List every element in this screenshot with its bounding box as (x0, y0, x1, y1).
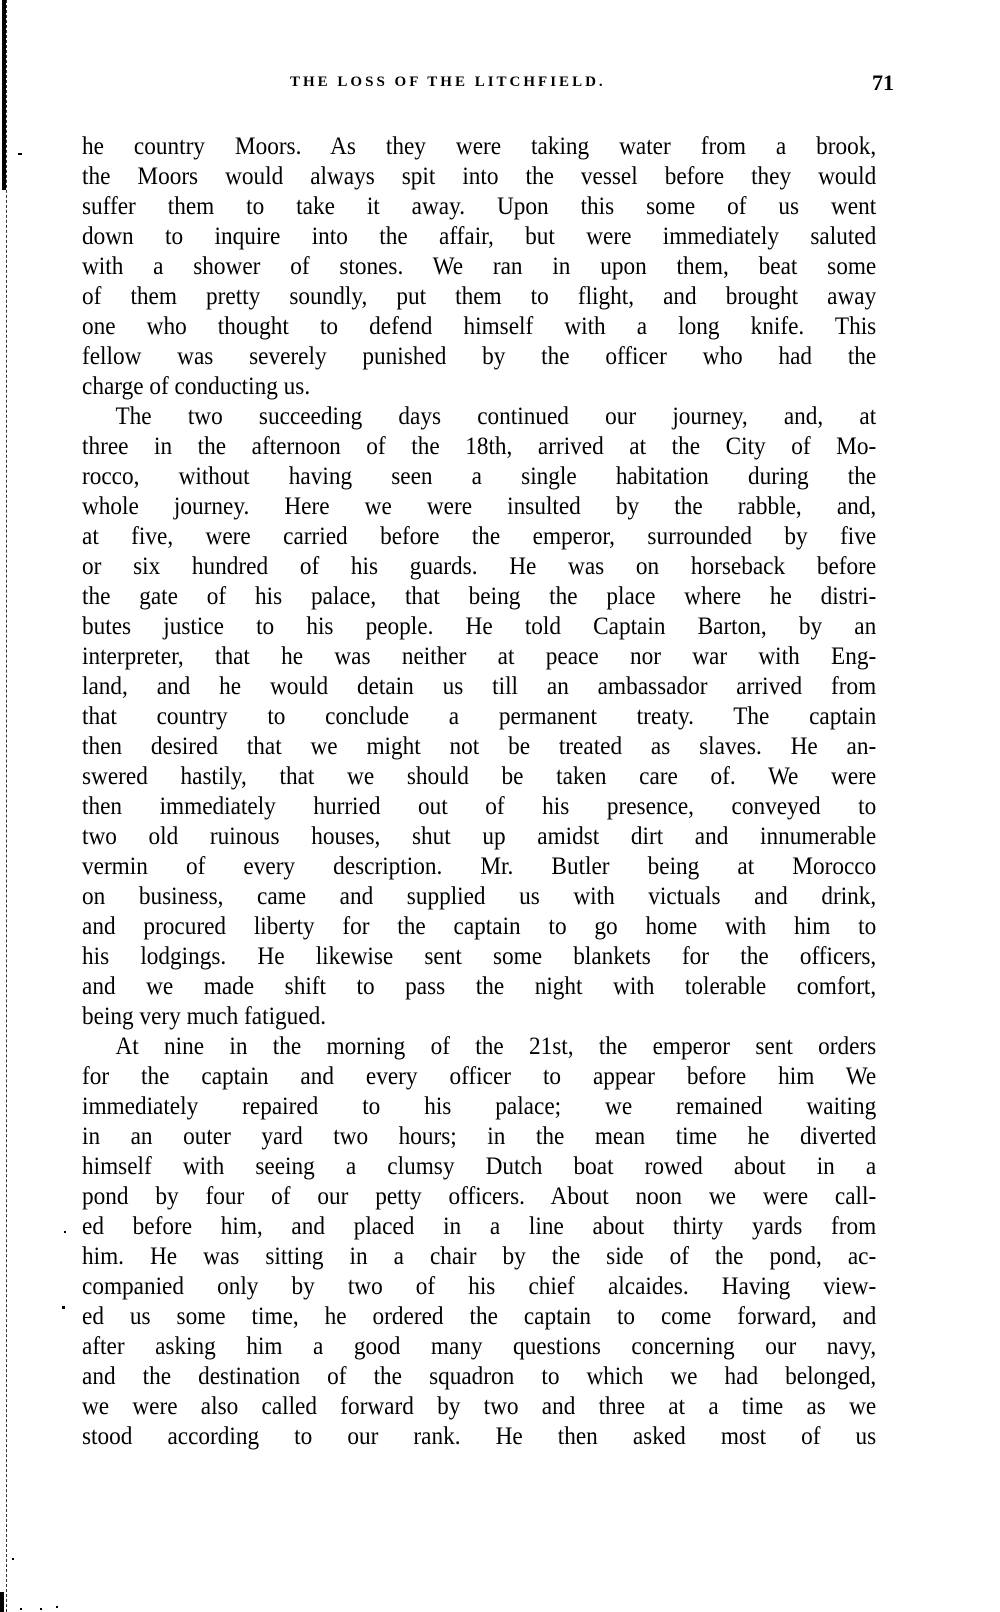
text-line: down to inquire into the affair, but wer… (82, 222, 876, 252)
text-line: butes justice to his people. He told Cap… (82, 612, 876, 642)
text-line: that country to conclude a permanent tre… (82, 702, 876, 732)
text-line: he country Moors. As they were taking wa… (82, 132, 876, 162)
text-line: vermin of every description. Mr. Butler … (82, 852, 876, 882)
text-line: three in the afternoon of the 18th, arri… (82, 432, 876, 462)
text-line: ed us some time, he ordered the captain … (82, 1302, 876, 1332)
text-line: we were also called forward by two and t… (82, 1392, 876, 1422)
text-line: stood according to our rank. He then ask… (82, 1422, 876, 1452)
text-line: being very much fatigued. (82, 1002, 876, 1032)
text-line: and we made shift to pass the night with… (82, 972, 876, 1002)
text-line: two old ruinous houses, shut up amidst d… (82, 822, 876, 852)
scan-speck (12, 1558, 14, 1560)
text-line: on business, came and supplied us with v… (82, 882, 876, 912)
text-line: ed before him, and placed in a line abou… (82, 1212, 876, 1242)
scan-speck (62, 1306, 65, 1309)
text-line: one who thought to defend himself with a… (82, 312, 876, 342)
text-line: of them pretty soundly, put them to flig… (82, 282, 876, 312)
text-line: himself with seeing a clumsy Dutch boat … (82, 1152, 876, 1182)
body-text: he country Moors. As they were taking wa… (82, 132, 820, 1452)
text-line: the Moors would always spit into the ves… (82, 162, 876, 192)
text-line: immediately repaired to his palace; we r… (82, 1092, 876, 1122)
text-line: then immediately hurried out of his pres… (82, 792, 876, 822)
scan-speck (64, 1231, 66, 1233)
text-line: and the destination of the squadron to w… (82, 1362, 876, 1392)
scan-speck (0, 1592, 4, 1612)
text-line: pond by four of our petty officers. Abou… (82, 1182, 876, 1212)
text-line: the gate of his palace, that being the p… (82, 582, 876, 612)
text-line: whole journey. Here we were insulted by … (82, 492, 876, 522)
text-line: then desired that we might not be treate… (82, 732, 876, 762)
text-line: interpreter, that he was neither at peac… (82, 642, 876, 672)
text-line: at five, were carried before the emperor… (82, 522, 876, 552)
paragraph-start-line: At nine in the morning of the 21st, the … (82, 1032, 876, 1062)
text-line: in an outer yard two hours; in the mean … (82, 1122, 876, 1152)
text-line: him. He was sitting in a chair by the si… (82, 1242, 876, 1272)
text-line: for the captain and every officer to app… (82, 1062, 876, 1092)
scan-speck (18, 153, 22, 155)
text-line: or six hundred of his guards. He was on … (82, 552, 876, 582)
text-line: after asking him a good many questions c… (82, 1332, 876, 1362)
paragraph-start-line: The two succeeding days continued our jo… (82, 402, 876, 432)
text-line: and procured liberty for the captain to … (82, 912, 876, 942)
text-line: land, and he would detain us till an amb… (82, 672, 876, 702)
scan-speck (56, 1606, 58, 1608)
book-page: THE LOSS OF THE LITCHFIELD. 71 he countr… (0, 0, 1000, 1612)
text-line: charge of conducting us. (82, 372, 876, 402)
text-line: his lodgings. He likewise sent some blan… (82, 942, 876, 972)
text-line: swered hastily, that we should be taken … (82, 762, 876, 792)
running-title: THE LOSS OF THE LITCHFIELD. (290, 74, 606, 91)
scan-speck (20, 1608, 22, 1610)
text-line: suffer them to take it away. Upon this s… (82, 192, 876, 222)
text-line: companied only by two of his chief alcai… (82, 1272, 876, 1302)
text-line: fellow was severely punished by the offi… (82, 342, 876, 372)
page-edge-line (6, 0, 8, 1612)
text-line: with a shower of stones. We ran in upon … (82, 252, 876, 282)
page-number: 71 (872, 70, 894, 96)
text-line: rocco, without having seen a single habi… (82, 462, 876, 492)
scan-speck (40, 1608, 42, 1610)
